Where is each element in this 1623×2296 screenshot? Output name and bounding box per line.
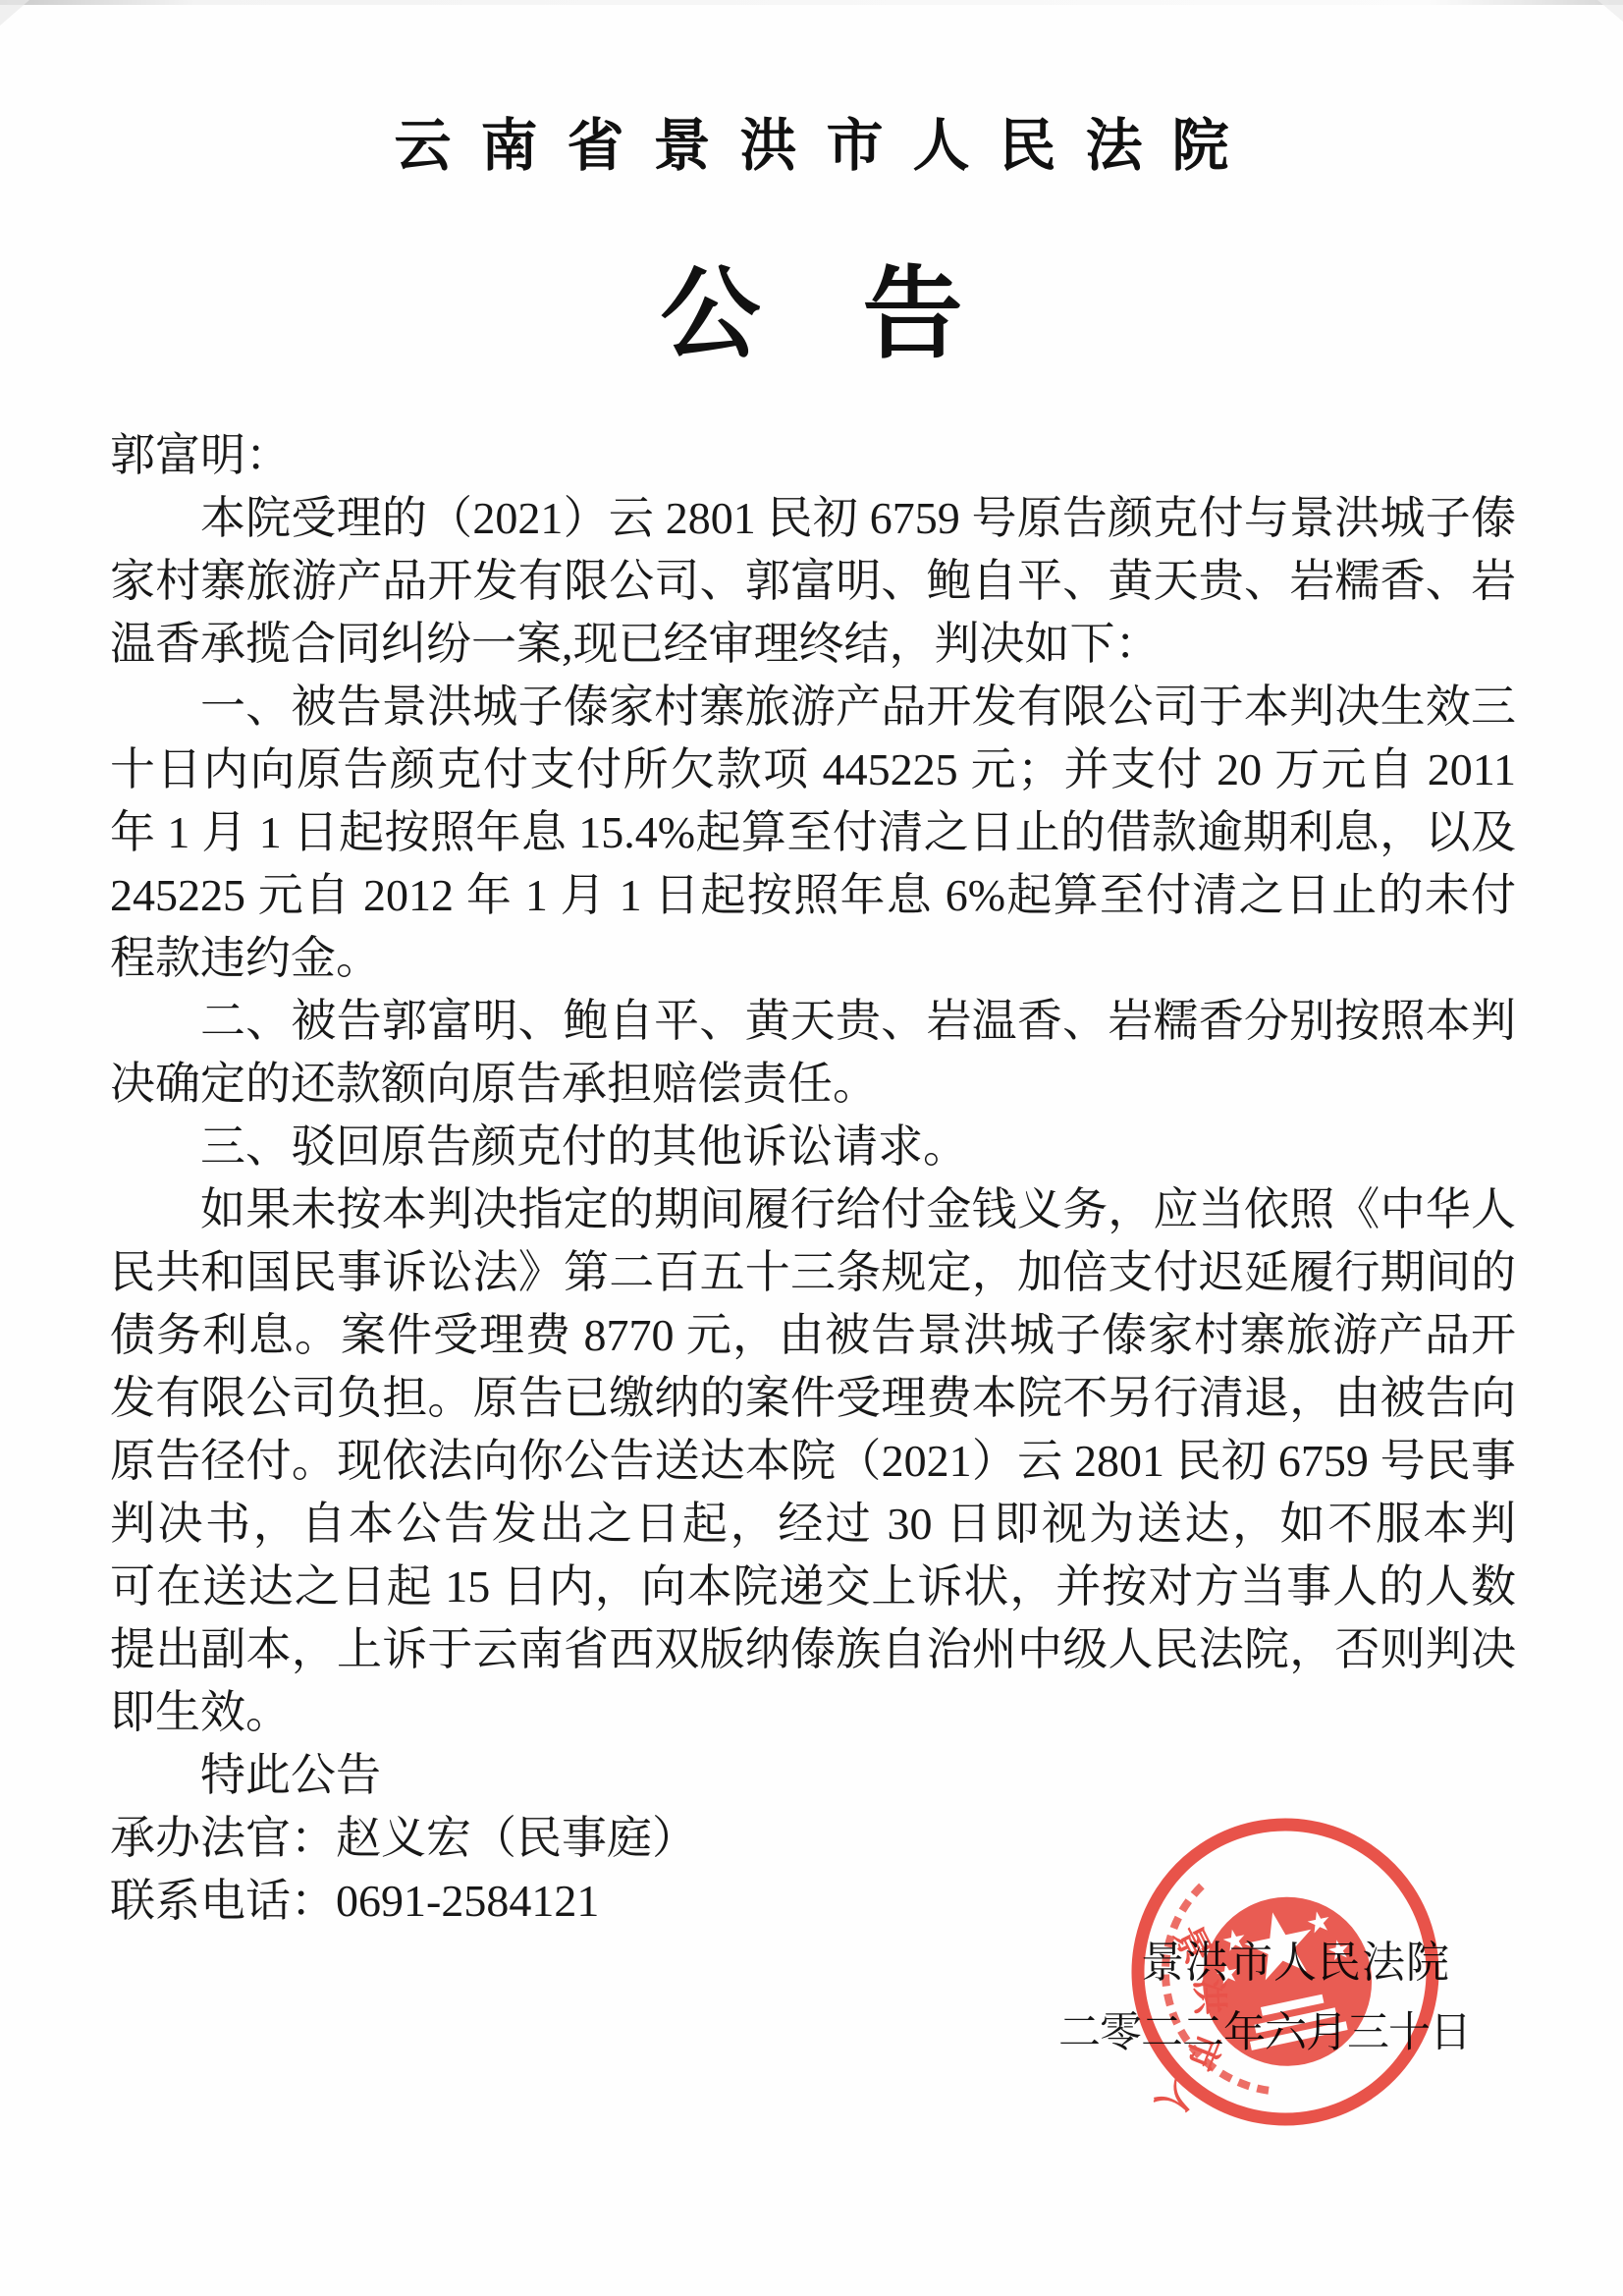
body-line: 三、驳回原告颜克付的其他诉讼请求。 [110,1116,1516,1178]
notice-body: 郭富明： 本院受理的（2021）云 2801 民初 6759 号原告颜克付与景洪… [110,424,1516,1933]
scan-artifact-top-edge [0,0,1623,5]
body-line: 二、被告郭富明、鲍自平、黄天贵、岩温香、岩糯香分别按照本判 [110,990,1516,1053]
court-notice-page: 云南省景洪市人民法院 公告 郭富明： 本院受理的（2021）云 2801 民初 … [0,0,1623,2296]
body-line: 原告径付。现依法向你公告送达本院（2021）云 2801 民初 6759 号民事 [110,1430,1516,1493]
body-line: 判决书，自本公告发出之日起，经过 30 日即视为送达，如不服本判决， [110,1493,1516,1556]
body-line: 245225 元自 2012 年 1 月 1 日起按照年息 6%起算至付清之日止… [110,864,1516,927]
body-line: 可在送达之日起 15 日内，向本院递交上诉状，并按对方当事人的人数 [110,1556,1516,1618]
body-line: 债务利息。案件受理费 8770 元，由被告景洪城子傣家村寨旅游产品开 [110,1304,1516,1367]
body-line: 发有限公司负担。原告已缴纳的案件受理费本院不另行清退，由被告向 [110,1367,1516,1430]
body-line: 即生效。 [110,1681,1516,1744]
notice-title: 公告 [0,261,1623,371]
body-line: 民共和国民事诉讼法》第二百五十三条规定，加倍支付迟延履行期间的 [110,1241,1516,1304]
closing-line: 特此公告 [110,1744,1516,1807]
scan-artifact-corner-left [0,0,29,26]
body-line: 如果未按本判决指定的期间履行给付金钱义务，应当依照《中华人 [110,1178,1516,1241]
body-line: 温香承揽合同纠纷一案,现已经审理终结，判决如下： [110,613,1516,676]
recipient-line: 郭富明： [110,424,1516,487]
body-line: 十日内向原告颜克付支付所欠款项 445225 元；并支付 20 万元自 2011 [110,738,1516,801]
scan-artifact-corner-right [1597,0,1623,22]
court-name-title: 云南省景洪市人民法院 [0,114,1623,180]
body-line: 本院受理的（2021）云 2801 民初 6759 号原告颜克付与景洪城子傣 [110,487,1516,550]
body-line: 一、被告景洪城子傣家村寨旅游产品开发有限公司于本判决生效三 [110,676,1516,738]
body-line: 提出副本，上诉于云南省西双版纳傣族自治州中级人民法院，否则判决 [110,1618,1516,1681]
official-court-seal: 景洪市人民法院 [1097,1783,1474,2160]
body-line: 程款违约金。 [110,927,1516,990]
body-line: 年 1 月 1 日起按照年息 15.4%起算至付清之日止的借款逾期利息，以及 [110,801,1516,864]
body-line: 家村寨旅游产品开发有限公司、郭富明、鲍自平、黄天贵、岩糯香、岩 [110,550,1516,613]
body-line: 决确定的还款额向原告承担赔偿责任。 [110,1053,1516,1116]
